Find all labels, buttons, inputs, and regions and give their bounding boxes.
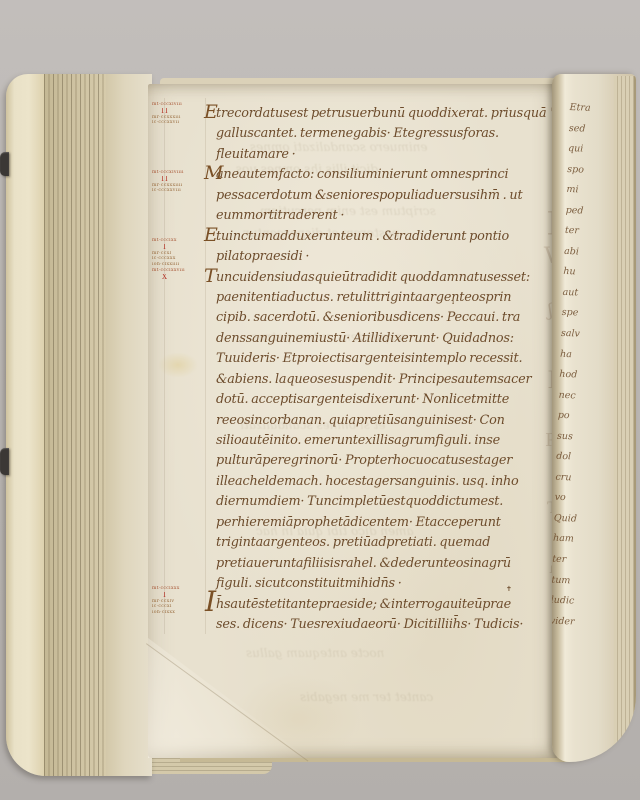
manuscript-line: pilatopraesidi · [216,247,552,267]
bleedthrough-text: cantet ter me negabis [300,690,433,704]
line-text: fleuitamare · [216,147,296,162]
next-folio-line-fragment: tum [552,570,586,592]
superscript-correction: ✝ [506,585,512,593]
next-folio-line-fragment: mi [566,180,601,202]
manuscript-photo: mt̄·cccxlviiiIImr̄·ccxxxiiilc̄·cccxxviim… [0,0,640,800]
manuscript-line: Etuinctumadduxerunteum . &tradiderunt po… [216,227,552,247]
canon-annotation: mt̄·ccclxxImr̄·ccxllc̄·cccxxxioh̄·clxxii… [152,238,204,267]
next-folio-line-fragment: Etra [569,98,604,120]
line-text: &abiens. laqueosesuspendit· Principesaut… [216,372,531,387]
manuscript-line: Ih̄sautēstetitantepraeside; &interrogaui… [216,595,552,615]
next-folio-line-fragment: vo [554,488,589,510]
canon-annotation: mt̄·cccxlviiiIImr̄·ccxxxiiilc̄·cccxxvii [152,102,204,126]
manuscript-line: pessacerdotum &seniorespopuliaduersusihm… [216,186,552,206]
next-folio-line-fragment: dol [556,447,591,469]
manuscript-line: &abiens. laqueosesuspendit· Principesaut… [216,370,552,390]
next-folio-line-fragment: ha [560,344,595,366]
line-text: tuinctumadduxerunteum . &tradiderunt pon… [216,229,509,244]
next-folio-line-fragment: aut [562,283,597,305]
canon-reference: mt̄·cccxlviiii [152,170,204,176]
next-folio-line-fragment: qui [568,139,603,161]
stacked-page-edges [44,74,106,776]
next-folio-line-fragment: hod [559,365,594,387]
line-text: eummortitraderent · [216,208,344,223]
binding-clasp-bottom [0,448,9,475]
manuscript-line: Tuncuidensiudasquieūtradidit quoddamnatu… [216,268,552,288]
canon-numeral: I [152,592,178,599]
canon-numeral: X [152,274,178,281]
line-text: pilatopraesidi · [216,249,309,264]
manuscript-line: perhieremiāprophetādicentem· Etacceperun… [216,513,552,533]
fore-edge-page-stack [614,76,636,762]
initial-capital: E [204,102,218,122]
line-text: galluscantet. termenegabis· Etegressusfo… [216,126,499,141]
initial-capital: E [204,225,218,245]
line-text: dotū. acceptisargenteisdixerunt· Nonlice… [216,392,509,407]
next-folio-line-fragment: ped [565,201,600,223]
canon-reference: mt̄·ccclxxviii [152,268,204,274]
bleedthrough-text: nocte antequam gallus [246,646,384,660]
canon-annotation: mt̄·ccclxxxImr̄·ccxlvlc̄·cccxlioh̄·clxxx [152,586,204,615]
canon-reference: ioh̄·clxxx [152,610,204,616]
text-block: Etrecordatusest petrusuerbunū quoddixera… [216,104,552,635]
manuscript-line: pulturāperegrinorū· Propterhocuocatusest… [216,451,552,471]
manuscript-line: silioautēinito. emeruntexillisagrumfigul… [216,431,552,451]
line-text: cipib. sacerdotū. &senioribusdicens· Pec… [216,310,520,325]
line-text: diernumdiem· Tuncimpletūestquoddictumest… [216,494,503,509]
manuscript-line: Tuuideris· Etproiectisargenteisintemplo … [216,349,552,369]
manuscript-line: ses. dicens· Tuesrexiudaeorū· Dicitillii… [216,615,552,635]
next-folio-line-fragment: cru [555,468,590,490]
line-text: pessacerdotum &seniorespopuliaduersusihm… [216,188,522,203]
next-folio-line-fragment: sus [557,427,592,449]
line-text: Tuuideris· Etproiectisargenteisintemplo … [216,351,522,366]
canon-numeral: I [152,244,178,251]
next-folio-line-fragment: spe [561,303,596,325]
line-text: aneautemfacto: consiliuminierunt omnespr… [216,167,508,182]
canon-reference: mt̄·ccclxx [152,238,204,244]
next-folio-line-fragment: ter [552,550,587,572]
line-text: illeacheldemach. hocestagersanguinis. us… [216,474,519,489]
line-text: figuli. sicutconstituitmihidn̄s · [216,576,402,591]
line-text: denssanguinemiustū· Atillidixerunt· Quid… [216,331,514,346]
manuscript-line: denssanguinemiustū· Atillidixerunt· Quid… [216,329,552,349]
superscript-correction: ɿ [451,298,454,306]
manuscript-line: dotū. acceptisargenteisdixerunt· Nonlice… [216,390,552,410]
canon-reference: lc̄·cccxxvii [152,120,204,126]
manuscript-line: galluscantet. termenegabis· Etegressusfo… [216,124,552,144]
line-text: paenitentiaductus. retulittrigintaargent… [216,290,511,305]
next-folio-line-fragment: Quid [553,509,588,531]
manuscript-line: Maneautemfacto: consiliuminierunt omnesp… [216,165,552,185]
canon-annotation: mt̄·ccclxxviiiX [152,268,204,281]
initial-capital: I [205,592,216,612]
next-folio-line-fragment: salv [561,324,596,346]
line-text: uncuidensiudasquieūtradidit quoddamnatus… [216,270,530,285]
next-folio-line-fragment: ham [553,529,588,551]
next-folio-page: Etrasedquispomipedterabihuautspesalvhaho… [552,74,636,762]
manuscript-line: trigintaargenteos. pretiūadpretiati. que… [216,533,552,553]
manuscript-line: illeacheldemach. hocestagersanguinis. us… [216,472,552,492]
line-text: perhieremiāprophetādicentem· Etacceperun… [216,515,501,530]
next-folio-line-fragment: vider [552,611,584,633]
canon-numeral: II [152,108,178,115]
line-text: trecordatusest petrusuerbunū quoddixerat… [216,106,546,121]
next-folio-line-fragment: spo [567,160,602,182]
page-curve [106,74,152,776]
line-text: silioautēinito. emeruntexillisagrumfigul… [216,433,500,448]
line-text: ses. dicens· Tuesrexiudaeorū· Dicitillii… [216,617,523,632]
next-folio-line-fragment: sed [568,119,603,141]
next-folio-line-fragment: nec [558,385,593,407]
next-folio-line-fragment: abi [564,242,599,264]
next-folio-text-column: Etrasedquispomipedterabihuautspesalvhaho… [552,98,610,633]
book-cover-edge [6,74,45,776]
canon-reference: mt̄·ccclxxx [152,586,204,592]
line-text: trigintaargenteos. pretiūadpretiati. que… [216,535,490,550]
next-folio-line-fragment: ter [564,221,599,243]
canon-reference: lc̄·cccxxviii [152,188,204,194]
next-folio-line-fragment: hu [563,262,598,284]
manuscript-line: Etrecordatusest petrusuerbunū quoddixera… [216,104,552,124]
manuscript-line: pretiaueruntafiliisisrahel. &dederunteos… [216,554,552,574]
left-page-stack [6,74,152,776]
canon-reference: mt̄·cccxlviii [152,102,204,108]
manuscript-line: figuli. sicutconstituitmihidn̄s · [216,574,552,594]
manuscript-line: paenitentiaductus. retulittrigintaargent… [216,288,552,308]
line-text: h̄sautēstetitantepraeside; &interrogauit… [216,597,511,612]
manuscript-line: eummortitraderent · [216,206,552,226]
initial-capital: M [204,163,223,183]
manuscript-line: diernumdiem· Tuncimpletūestquoddictumest… [216,492,552,512]
line-text: reeosincorbanan. quiapretiūsanguinisest·… [216,413,505,428]
canon-reference: ioh̄·clxxiiii [152,262,204,268]
manuscript-line: reeosincorbanan. quiapretiūsanguinisest·… [216,411,552,431]
next-folio-line-fragment: ludic [552,591,585,613]
line-text: pretiaueruntafiliisisrahel. &dederunteos… [216,556,511,571]
line-text: pulturāperegrinorū· Propterhocuocatusest… [216,453,512,468]
binding-clasp-top [0,152,9,176]
manuscript-line: fleuitamare · [216,145,552,165]
next-folio-line-fragment: po [557,406,592,428]
initial-capital: T [204,266,216,286]
canon-numeral: II [152,176,178,183]
manuscript-line: cipib. sacerdotū. &senioribusdicens· Pec… [216,308,552,328]
canon-annotation: mt̄·cccxlviiiiIImr̄·ccxxxiiiilc̄·cccxxvi… [152,170,204,194]
